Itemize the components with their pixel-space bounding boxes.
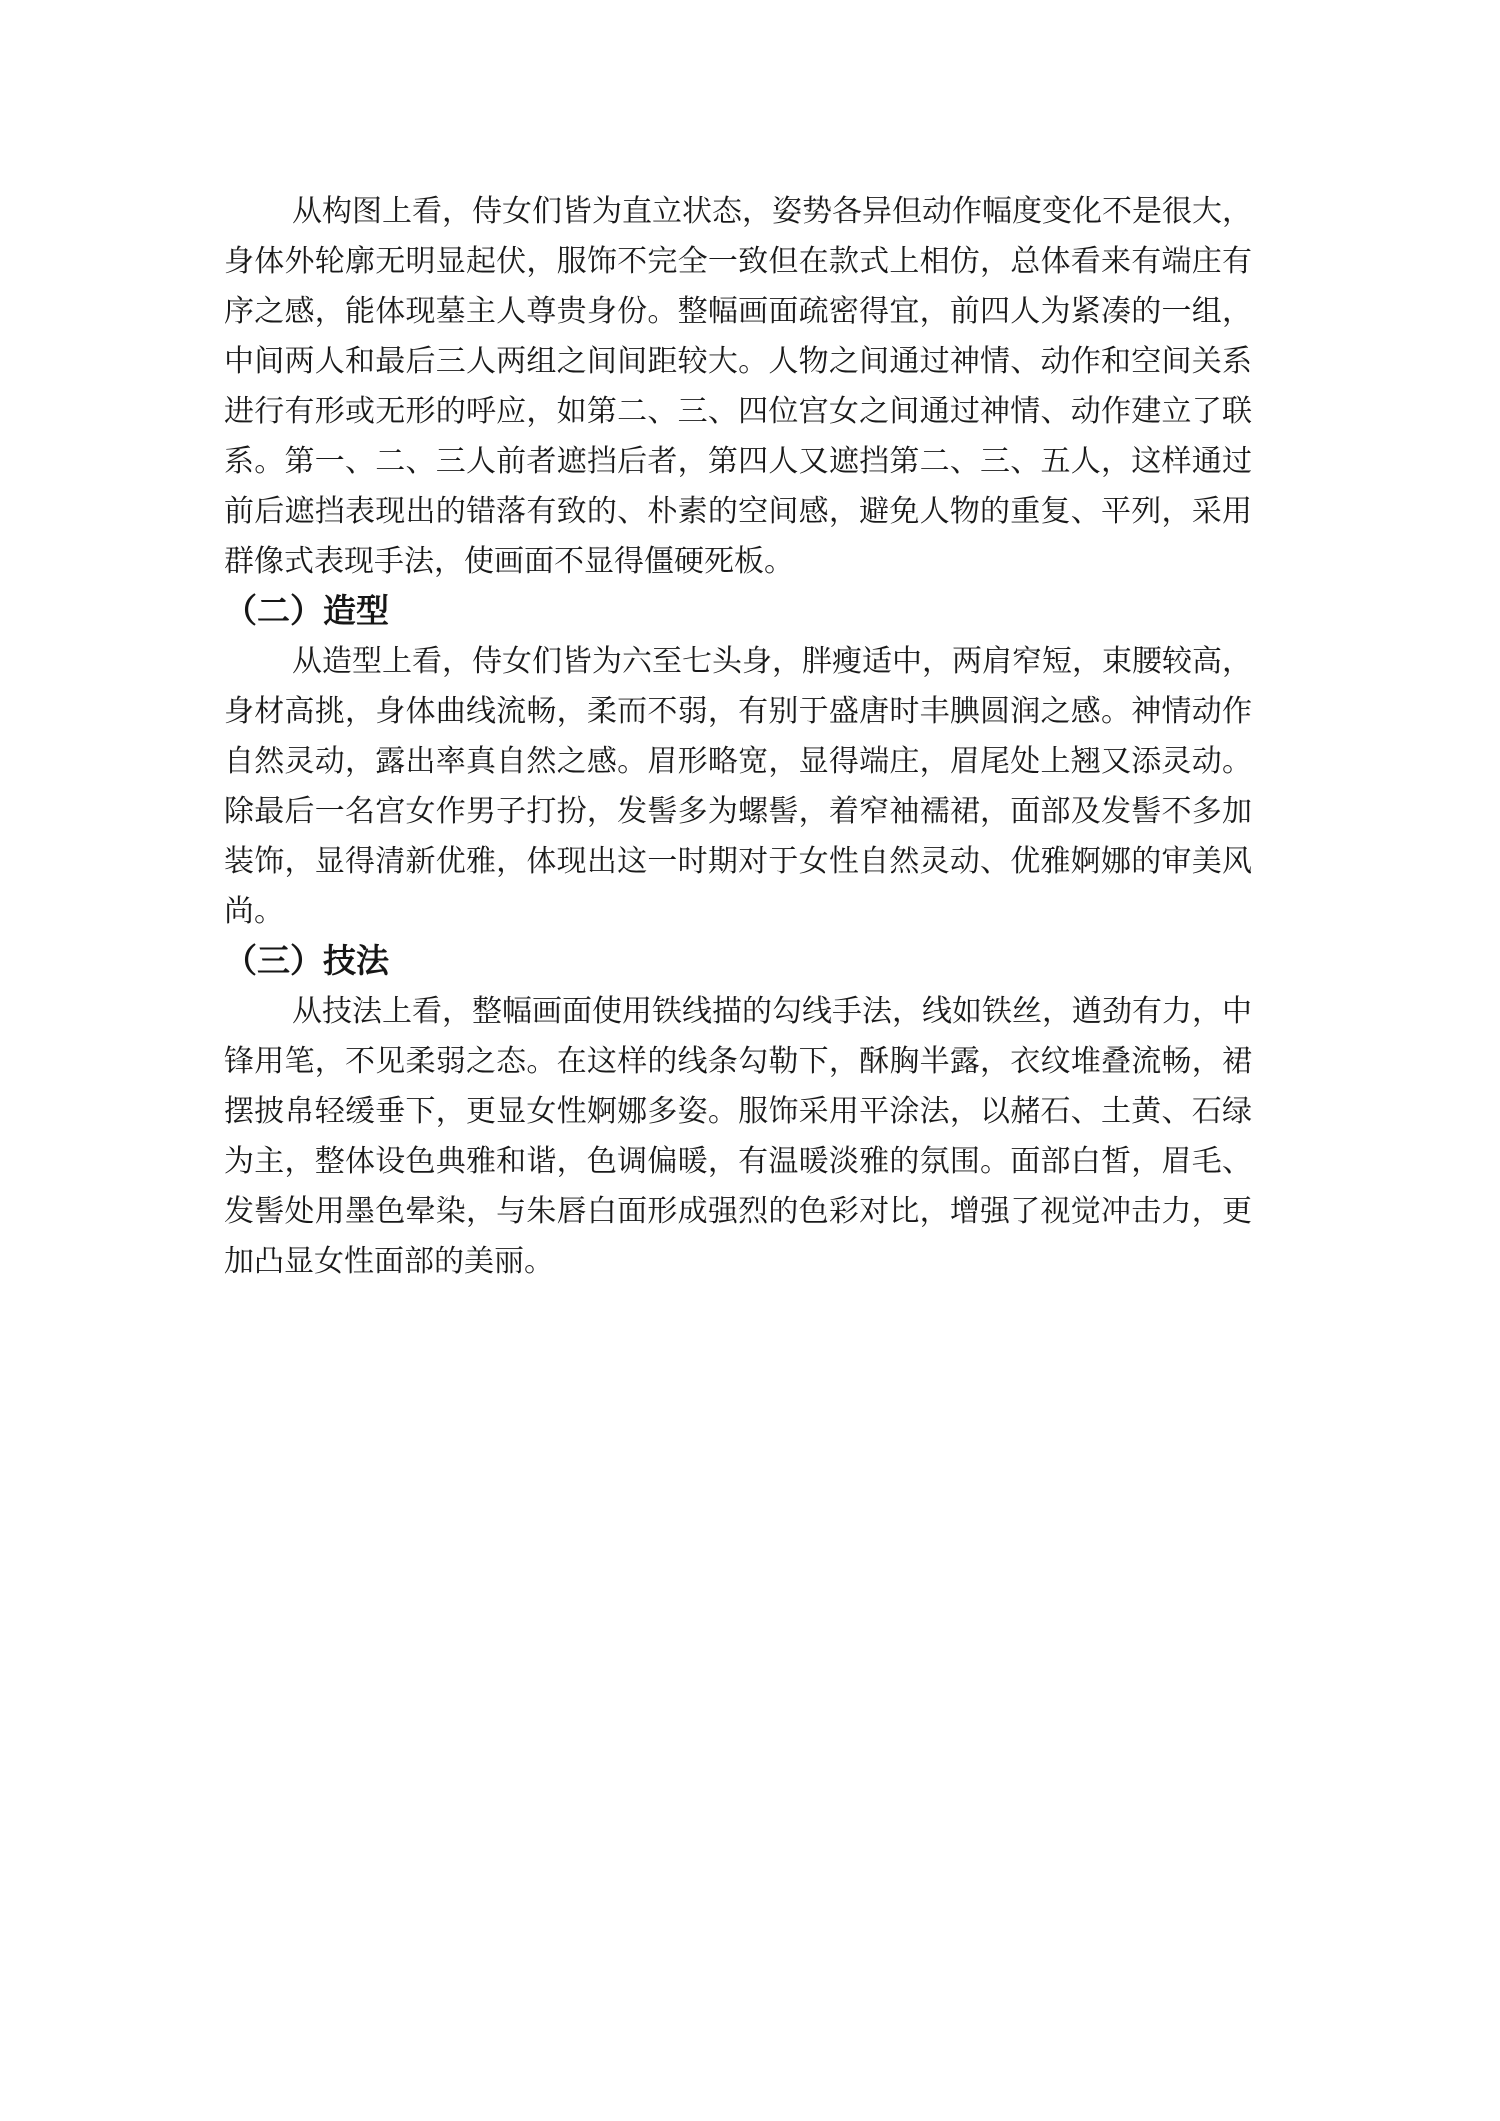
document-page: 从构图上看，侍女们皆为直立状态，姿势各异但动作幅度变化不是很大，身体外轮廓无明显… bbox=[0, 0, 1500, 2121]
paragraph-technique: 从技法上看，整幅画面使用铁线描的勾线手法，线如铁丝，遒劲有力，中锋用笔，不见柔弱… bbox=[224, 987, 1252, 1287]
paragraph-modeling: 从造型上看，侍女们皆为六至七头身，胖瘦适中，两肩窄短，束腰较高，身材高挑，身体曲… bbox=[224, 637, 1252, 937]
heading-technique: （三）技法 bbox=[224, 937, 1252, 987]
heading-modeling: （二）造型 bbox=[224, 587, 1252, 637]
paragraph-composition: 从构图上看，侍女们皆为直立状态，姿势各异但动作幅度变化不是很大，身体外轮廓无明显… bbox=[224, 187, 1252, 587]
document-content: 从构图上看，侍女们皆为直立状态，姿势各异但动作幅度变化不是很大，身体外轮廓无明显… bbox=[224, 187, 1252, 1287]
